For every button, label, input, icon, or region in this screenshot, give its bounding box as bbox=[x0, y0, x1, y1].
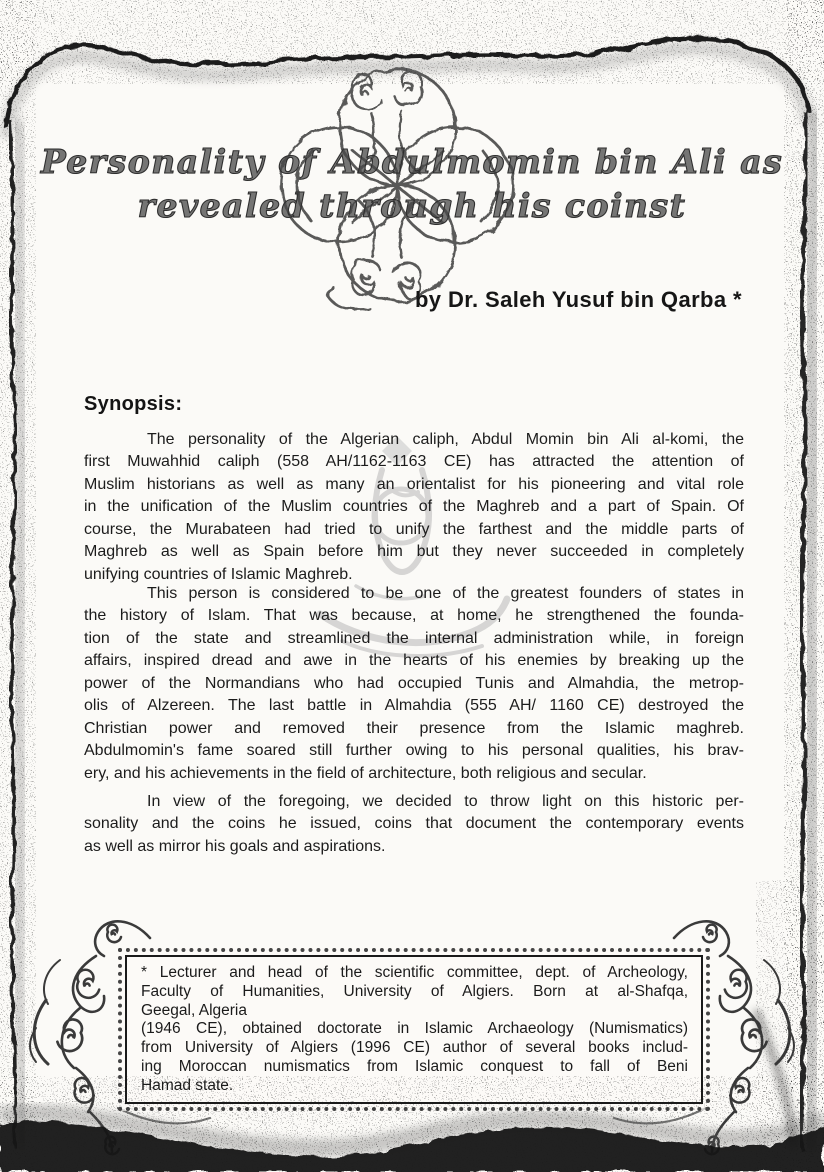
text-line: In view of the foregoing, we decided to … bbox=[84, 791, 744, 813]
text-line: affairs, inspired dread and awe in the h… bbox=[84, 650, 744, 672]
article-title: Personality of Abdulmomin bin Ali as rev… bbox=[0, 140, 824, 228]
author-byline: by Dr. Saleh Yusuf bin Qarba * bbox=[415, 287, 742, 313]
text-line: Abdulmomin's fame soared still further o… bbox=[84, 740, 744, 762]
torn-edge-right bbox=[756, 112, 815, 1150]
text-line: first Muwahhid caliph (558 AH/1162-1163 … bbox=[84, 451, 744, 473]
text-line: power of the Normandians who had occupie… bbox=[84, 673, 744, 695]
text-line: Hamad state. bbox=[141, 1077, 688, 1096]
text-line: ery, and his achievements in the field o… bbox=[84, 763, 744, 785]
text-line: tion of the state and streamlined the in… bbox=[84, 628, 744, 650]
torn-edge-top bbox=[6, 38, 808, 138]
text-line: olis of Alzereen. The last battle in Alm… bbox=[84, 695, 744, 717]
footnote-block-2: (1946 CE), obtained doctorate in Islamic… bbox=[141, 1020, 688, 1095]
text-line: ing Moroccan numismatics from Islamic co… bbox=[141, 1058, 688, 1077]
synopsis-heading: Synopsis: bbox=[84, 393, 182, 416]
author-footnote-box: * Lecturer and head of the scientific co… bbox=[118, 948, 710, 1111]
text-line: This person is considered to be one of t… bbox=[84, 583, 744, 605]
footnote-block-1: * Lecturer and head of the scientific co… bbox=[141, 964, 688, 1020]
text-line: Faculty of Humanities, University of Alg… bbox=[141, 983, 688, 1002]
text-line: Christian power and removed their presen… bbox=[84, 718, 744, 740]
byline-flourish-icon bbox=[329, 286, 370, 309]
title-line-2: revealed through his coinst bbox=[0, 184, 824, 228]
text-line: Maghreb as well as Spain before him but … bbox=[84, 541, 744, 563]
text-line: in the unification of the Muslim countri… bbox=[84, 496, 744, 518]
text-line: The personality of the Algerian caliph, … bbox=[84, 429, 744, 451]
author-footnote-inner-frame: * Lecturer and head of the scientific co… bbox=[125, 955, 703, 1104]
text-line: Muslim historians as well as many an ori… bbox=[84, 474, 744, 496]
text-line: Geegal, Algeria bbox=[141, 1002, 688, 1021]
torn-edge-bottom bbox=[0, 1113, 824, 1172]
text-line: as well as mirror his goals and aspirati… bbox=[84, 836, 744, 858]
text-line: course, the Murabateen had tried to unif… bbox=[84, 519, 744, 541]
torn-edge-left bbox=[10, 120, 23, 1148]
text-line: the history of Islam. That was because, … bbox=[84, 605, 744, 627]
scanned-article-page: Personality of Abdulmomin bin Ali as rev… bbox=[0, 0, 824, 1172]
text-line: (1946 CE), obtained doctorate in Islamic… bbox=[141, 1020, 688, 1039]
title-line-1: Personality of Abdulmomin bin Ali as bbox=[0, 140, 824, 184]
synopsis-paragraph-1: The personality of the Algerian caliph, … bbox=[84, 429, 744, 586]
synopsis-paragraph-2: This person is considered to be one of t… bbox=[84, 583, 744, 785]
text-line: * Lecturer and head of the scientific co… bbox=[141, 964, 688, 983]
synopsis-paragraph-3: In view of the foregoing, we decided to … bbox=[84, 791, 744, 858]
text-line: from University of Algiers (1996 CE) aut… bbox=[141, 1039, 688, 1058]
text-line: sonality and the coins he issued, coins … bbox=[84, 813, 744, 835]
